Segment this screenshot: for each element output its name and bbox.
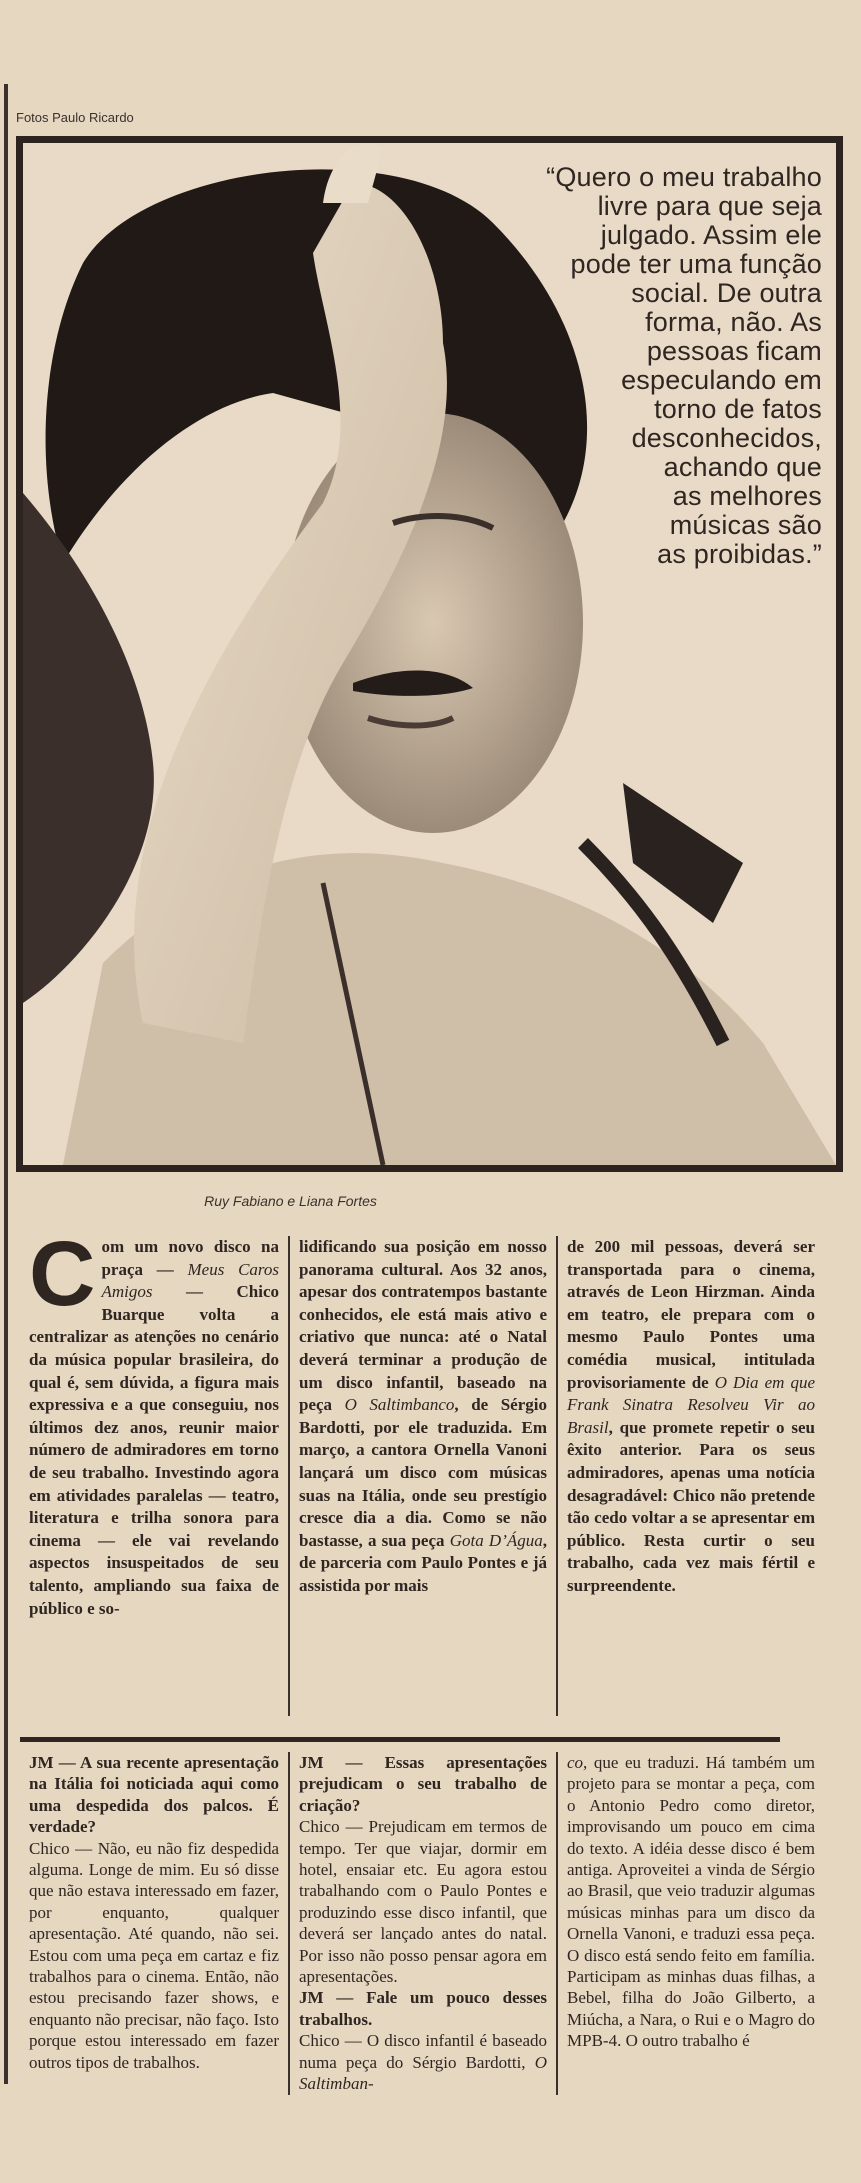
pull-quote-line: desconhecidos,: [492, 424, 822, 453]
section-divider: [20, 1737, 780, 1742]
pull-quote-line: as melhores: [492, 482, 822, 511]
play-title: co: [567, 1753, 583, 1772]
intro-article: Com um novo disco na praça — Meus Caros …: [20, 1236, 840, 1716]
interview-column-1: JM — A sua recente apresentação na Itáli…: [20, 1752, 288, 2095]
pull-quote-line: “Quero o meu trabalho: [492, 163, 822, 192]
interview-question: JM — Essas apresentações prejudicam o se…: [299, 1752, 547, 1816]
intro-text: de 200 mil pessoas, deverá ser transport…: [567, 1237, 815, 1392]
photo-credit: Fotos Paulo Ricardo: [16, 110, 134, 125]
pull-quote-line: pode ter uma função: [492, 250, 822, 279]
pull-quote-line: músicas são: [492, 511, 822, 540]
interview-column-3: co, que eu traduzi. Há também um projeto…: [556, 1752, 824, 2095]
interview-question: JM — Fale um pouco desses trabalhos.: [299, 1987, 547, 2030]
pull-quote-line: as proibidas.”: [492, 540, 822, 569]
interview-answer: Chico — Não, eu não fiz despedida alguma…: [29, 1838, 279, 2073]
play-title: O Saltimbanco: [345, 1395, 455, 1414]
answer-text: , que eu traduzi. Há também um projeto p…: [567, 1753, 815, 2050]
answer-text: Chico — O disco infantil é baseado numa …: [299, 2031, 547, 2071]
pull-quote-line: social. De outra: [492, 279, 822, 308]
pull-quote-line: torno de fatos: [492, 395, 822, 424]
interview-question: JM — A sua recente apresentação na Itáli…: [29, 1752, 279, 1838]
portrait-photo: “Quero o meu trabalho livre para que sej…: [16, 136, 843, 1172]
intro-column-3: de 200 mil pessoas, deverá ser transport…: [556, 1236, 824, 1716]
intro-column-2: lidificando sua posição em nosso panoram…: [288, 1236, 556, 1716]
photo-caption: Ruy Fabiano e Liana Fortes: [0, 1193, 861, 1209]
intro-text: , que promete repetir o seu êxito anteri…: [567, 1418, 815, 1595]
interview-column-2: JM — Essas apresentações prejudicam o se…: [288, 1752, 556, 2095]
intro-column-1: Com um novo disco na praça — Meus Caros …: [20, 1236, 288, 1716]
pull-quote-line: livre para que seja: [492, 192, 822, 221]
play-title: Gota D’Água: [450, 1531, 543, 1550]
pull-quote-line: forma, não. As: [492, 308, 822, 337]
intro-text: — Chico Buarque volta a centralizar as a…: [29, 1282, 279, 1617]
drop-cap: C: [29, 1238, 95, 1310]
pull-quote: “Quero o meu trabalho livre para que sej…: [492, 163, 822, 569]
interview-answer: Chico — O disco infantil é baseado numa …: [299, 2030, 547, 2094]
intro-text: , de Sérgio Bardotti, por ele traduzida.…: [299, 1395, 547, 1550]
intro-text: lidificando sua posição em nosso panoram…: [299, 1237, 547, 1414]
interview-answer: Chico — Prejudicam em termos de tempo. T…: [299, 1816, 547, 1987]
interview-answer: co, que eu traduzi. Há também um projeto…: [567, 1752, 815, 2052]
pull-quote-line: especulando em: [492, 366, 822, 395]
interview-section: JM — A sua recente apresentação na Itáli…: [20, 1752, 840, 2095]
pull-quote-line: julgado. Assim ele: [492, 221, 822, 250]
page-left-rule: [4, 84, 8, 2084]
pull-quote-line: pessoas ficam: [492, 337, 822, 366]
pull-quote-line: achando que: [492, 453, 822, 482]
